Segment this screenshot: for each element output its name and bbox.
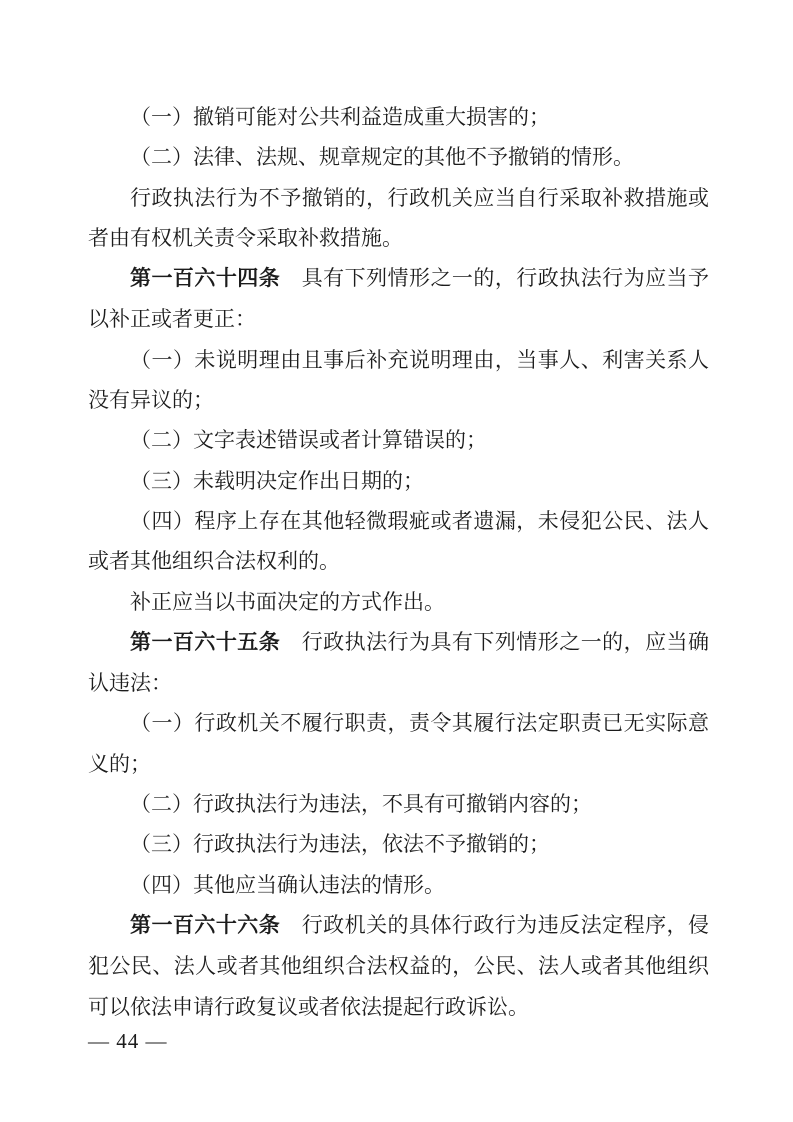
clause-item: （四）程序上存在其他轻微瑕疵或者遗漏，未侵犯公民、法人或者其他组织合法权利的。 (88, 501, 709, 582)
document-content: （一）撤销可能对公共利益造成重大损害的； （二）法律、法规、规章规定的其他不予撤… (88, 97, 709, 1027)
clause-item: （四）其他应当确认违法的情形。 (88, 865, 709, 905)
article-number: 第一百六十四条 (130, 267, 280, 290)
clause-item: （一）未说明理由且事后补充说明理由，当事人、利害关系人没有异议的； (88, 340, 709, 421)
page-footer: — 44 — (88, 1029, 168, 1054)
clause-item: （三）行政执法行为违法，依法不予撤销的； (88, 824, 709, 864)
clause-item: （二）文字表述错误或者计算错误的； (88, 420, 709, 460)
paragraph: 补正应当以书面决定的方式作出。 (88, 582, 709, 622)
article-number: 第一百六十六条 (130, 914, 280, 937)
clause-item: （一）撤销可能对公共利益造成重大损害的； (88, 97, 709, 137)
page-number: — 44 — (88, 1029, 168, 1053)
paragraph: 行政执法行为不予撤销的，行政机关应当自行采取补救措施或者由有权机关责令采取补救措… (88, 178, 709, 259)
article-paragraph: 第一百六十四条 具有下列情形之一的，行政执法行为应当予以补正或者更正： (88, 258, 709, 340)
document-page: （一）撤销可能对公共利益造成重大损害的； （二）法律、法规、规章规定的其他不予撤… (0, 0, 793, 1122)
article-number: 第一百六十五条 (130, 631, 280, 654)
clause-item: （二）法律、法规、规章规定的其他不予撤销的情形。 (88, 137, 709, 177)
article-paragraph: 第一百六十五条 行政执法行为具有下列情形之一的，应当确认违法： (88, 622, 709, 704)
article-paragraph: 第一百六十六条 行政机关的具体行政行为违反法定程序，侵犯公民、法人或者其他组织合… (88, 905, 709, 1027)
clause-item: （二）行政执法行为违法，不具有可撤销内容的； (88, 784, 709, 824)
clause-item: （三）未载明决定作出日期的； (88, 461, 709, 501)
clause-item: （一）行政机关不履行职责，责令其履行法定职责已无实际意义的； (88, 703, 709, 784)
